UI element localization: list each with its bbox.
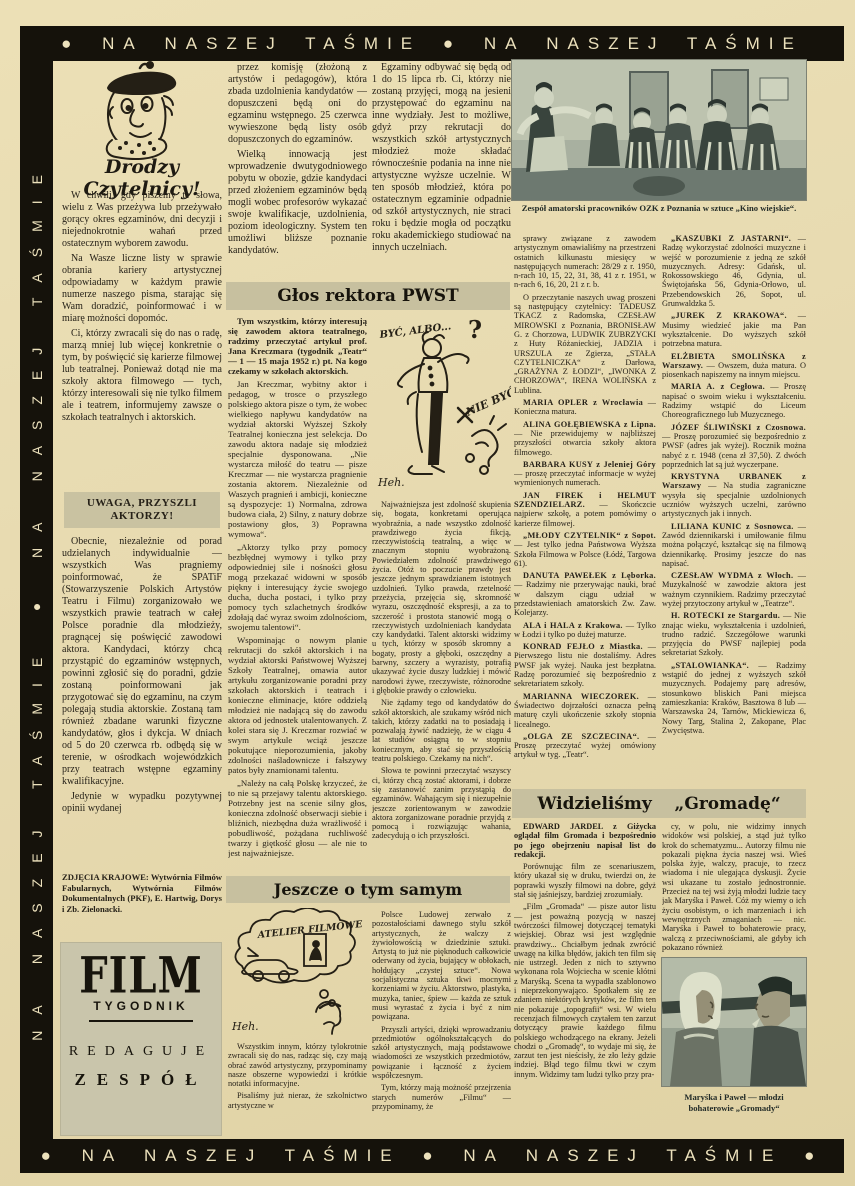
qa-item: „MŁODY CZYTELNIK“ z Sopot. — Jest tylko … [514, 531, 656, 568]
qa-name: ALA i HALA z Krakowa. [523, 621, 623, 630]
qa-item: H. ROTECKI ze Stargardu. — Nie znając wi… [662, 611, 806, 657]
paragraph: Wielką innowacją jest wprowadzenie dwuty… [228, 149, 367, 257]
photo-caption-ozk: Zespół amatorski pracowników OZK z Pozna… [512, 203, 806, 214]
paragraph: Ci, którzy zwracali się do nas o radę, m… [62, 328, 222, 424]
qa-item: LILIANA KUNIC z Sosnowca. — Zawód dzienn… [662, 522, 806, 568]
section-title-jeszcze-text: Jeszcze o tym samym [274, 880, 462, 899]
qa-item: CZESŁAW WYDMA z Włoch. — Muzykalność w z… [662, 571, 806, 608]
qa-item: „STALOWIANKA“. — Radzimy wstąpić do jedn… [662, 661, 806, 735]
gromada-film-photo [662, 958, 806, 1086]
qa-text: — Radzimy nie przerywając nauki, brać w … [514, 580, 656, 617]
paragraph: Obecnie, niezależnie od porad udzielanyc… [62, 536, 222, 788]
qa-item: ALA i HALA z Krakowa. — Tylko w Łodzi i … [514, 621, 656, 640]
atelier-label: ATELIER FILMOWE [256, 919, 364, 941]
qa-text: — Radzimy wstąpić do jednej z wyższych s… [662, 661, 806, 735]
qa-name: DANUTA PAWEŁEK z Lęborka. [523, 571, 656, 580]
qa-name: KONRAD FEJŁO z Miastka. [523, 642, 643, 651]
editorial-paragraphs: W chwili, gdy piszemy te słowa, wielu z … [62, 190, 222, 488]
qa-name: JÓZEF ŚLIWIŃSKI z Czosnowa. [671, 423, 806, 432]
qa-name: MARIANNA WIECZOREK. [523, 692, 639, 701]
gromada-column-4: EDWARD JARDEL z Giżycka oglądał film Gro… [514, 822, 656, 1136]
qa-item: ELŻBIETA SMOLIŃSKA z Warszawy. — Owszem,… [662, 352, 806, 380]
banner-bottom-text: ● NA NASZEJ TAŚMIE ● NA NASZEJ TAŚMIE ● [41, 1146, 824, 1166]
paragraph: przez komisję (złożoną z artystów i peda… [228, 62, 367, 146]
qa-text: — proszę przeczytać informacje w wyżej w… [514, 469, 656, 487]
widzielismy-left-text: Widzieliśmy [537, 794, 651, 814]
qa-name: LILIANA KUNIC z Sosnowca. [671, 522, 794, 531]
section-title-widzielismy: Widzieliśmy „Gromadę“ [512, 789, 806, 818]
gromada-column-5: cy, w polu, nie widzimy innych widoków w… [662, 822, 806, 954]
film-zespol-label: ZESPÓŁ [60, 1070, 222, 1090]
paragraph: Wspominając o nowym planie rekrutacji do… [228, 635, 367, 775]
hamlet-label-niebyc: NIE BYĆ!! [463, 380, 511, 419]
film-redaguje-label: REDAGUJE [60, 1044, 222, 1060]
qa-name: „MŁODY CZYTELNIK“ z Sopot. [523, 531, 656, 540]
paragraph: Przyszli artyści, dzięki wprowadzaniu pr… [372, 1025, 511, 1081]
paragraph: „Należy na całą Polskę krzyczeć, że to n… [228, 778, 367, 858]
paragraph: Na Wasze liczne listy w sprawie obrania … [62, 253, 222, 325]
film-logo-rule [89, 1020, 193, 1022]
paragraph: sprawy związane z zawodem artystycznym o… [514, 234, 656, 290]
qa-item: ALINA GOŁĘBIEWSKA z Lipna. — Nie przewid… [514, 420, 656, 457]
paragraph: Porównując film ze scenariuszem, który u… [514, 862, 656, 899]
qa-item: KRYSTYNA URBANEK z Warszawy — Na studia … [662, 472, 806, 518]
qa-name: CZESŁAW WYDMA z Włoch. [671, 571, 793, 580]
qa-name: BARBARA KUSY z Jeleniej Góry [523, 460, 656, 469]
paragraph: Egzaminy odbywać się będą od 1 do 15 lip… [372, 62, 511, 254]
qa-name: ALINA GOŁĘBIEWSKA z Lipna. [523, 420, 656, 429]
paragraph: Jan Kreczmar, wybitny aktor i pedagog, w… [228, 379, 367, 539]
theater-group-photo [512, 60, 806, 200]
hamlet-label-byc: BYĆ, ALBO... [378, 320, 452, 341]
qa-item: „OLGA ZE SZCZECINA“. — Proszę przeczytać… [514, 732, 656, 760]
qa-name: „OLGA ZE SZCZECINA“. [523, 732, 639, 741]
qa-name: „JUREK Z KRAKOWA“. [671, 311, 787, 320]
paragraph: EDWARD JARDEL z Giżycka oglądał film Gro… [514, 822, 656, 859]
qa-item: MARIA OPLER z Wrocławia — Konieczna matu… [514, 398, 656, 417]
paragraph: Pisaliśmy już nieraz, że szkolnictwo art… [228, 1091, 367, 1110]
column-3-bottom: Polsce Ludowej zerwało z pozostałościami… [372, 910, 511, 1136]
paragraph: „Aktorzy tylko przy pomocy bezbłędnej wy… [228, 542, 367, 632]
column-2-bottom: Wszystkim innym, którzy tylokrotnie zwra… [228, 1042, 367, 1136]
uwaga-subheading-text: UWAGA, PRZYSZLI AKTORZY! [64, 497, 220, 523]
paragraph: Nie żądamy tego od kandydatów do szkół a… [372, 698, 511, 763]
paragraph: Jedynie w wypadku pozytywnej opinii wyda… [62, 791, 222, 815]
banner-top: ● NA NASZEJ TAŚMIE ● NA NASZEJ TAŚMIE [20, 26, 844, 61]
qa-item: BARBARA KUSY z Jeleniej Góry — proszę pr… [514, 460, 656, 488]
paragraph: Tym, którzy mają możność przejrzenia sta… [372, 1083, 511, 1111]
qa-items-4: MARIA OPLER z Wrocławia — Konieczna matu… [514, 398, 656, 760]
banner-left: NA NASZEJ TAŚMIE ● NA NASZEJ TAŚMIE [20, 26, 53, 1173]
qa-column-5: „KASZUBKI Z JASTARNI“. — Radzę wykorzyst… [662, 234, 806, 786]
qa-item: „KASZUBKI Z JASTARNI“. — Radzę wykorzyst… [662, 234, 806, 308]
paragraph: „Film „Gromada“ — pisze autor listu — je… [514, 902, 656, 1079]
paragraph: Tym wszystkim, którzy interesują się zaw… [228, 316, 367, 376]
qa-item: MARIANNA WIECZOREK. — Świadectwo dojrzał… [514, 692, 656, 729]
qa-text: — Proszę porozumieć się bezpośrednio z P… [662, 432, 806, 469]
hamlet-question-mark: ? [468, 315, 482, 344]
qa-item: JAN FIREK i HELMUT SZENDZIELARZ. — Skońc… [514, 491, 656, 528]
banner-top-text: ● NA NASZEJ TAŚMIE ● NA NASZEJ TAŚMIE [61, 34, 803, 54]
section-title-jeszcze: Jeszcze o tym samym [226, 876, 510, 903]
uwaga-subheading: UWAGA, PRZYSZLI AKTORZY! [64, 492, 220, 528]
rektor-column-3: Najważniejsza jest zdolność skupienia si… [372, 500, 511, 868]
magazine-page: ● NA NASZEJ TAŚMIE ● NA NASZEJ TAŚMIE NA… [0, 0, 855, 1186]
banner-bottom: ● NA NASZEJ TAŚMIE ● NA NASZEJ TAŚMIE ● [20, 1139, 844, 1173]
editorial-paragraphs-2: Obecnie, niezależnie od porad udzielanyc… [62, 536, 222, 866]
qa-intro: sprawy związane z zawodem artystycznym o… [514, 234, 656, 395]
column-2-top: przez komisję (złożoną z artystów i peda… [228, 62, 367, 278]
cartoonist-signature: Heh. [377, 476, 405, 489]
qa-text: — Jest tylko jedna Państwowa Wyższa Szko… [514, 540, 656, 568]
paragraph: cy, w polu, nie widzimy innych widoków w… [662, 822, 806, 952]
qa-item: „JUREK Z KRAKOWA“. — Musimy wiedzieć jak… [662, 311, 806, 348]
qa-name: MARIA OPLER z Wrocławia [523, 398, 643, 407]
film-logo-box: FILM TYGODNIK REDAGUJE ZESPÓŁ [60, 942, 222, 1136]
qa-column-4: sprawy związane z zawodem artystycznym o… [514, 234, 656, 786]
photo-caption-gromada: Maryśka i Paweł — młodzi bohaterowie „Gr… [662, 1092, 806, 1113]
atelier-dream-cartoon: ATELIER FILMOWE Heh. [228, 908, 368, 1036]
column-3-top: Egzaminy odbywać się będą od 1 do 15 lip… [372, 62, 511, 278]
qa-item: KONRAD FEJŁO z Miastka. — Pierwszego lis… [514, 642, 656, 688]
banner-left-text: NA NASZEJ TAŚMIE ● NA NASZEJ TAŚMIE [29, 159, 45, 1041]
paragraph: Słowa te powinni przeczytać wszyscy ci, … [372, 766, 511, 840]
reader-face-cartoon [82, 60, 202, 160]
paragraph: Polsce Ludowej zerwało z pozostałościami… [372, 910, 511, 1022]
section-title-rektor: Głos rektora PWST [226, 282, 510, 310]
paragraph: O przeczytanie naszych uwag proszeni są … [514, 293, 656, 395]
widzielismy-right-text: „Gromadę“ [675, 794, 781, 814]
rektor-column-2: Tym wszystkim, którzy interesują się zaw… [228, 316, 367, 868]
qa-name: „KASZUBKI Z JASTARNI“. [671, 234, 791, 243]
qa-item: JÓZEF ŚLIWIŃSKI z Czosnowa. — Proszę por… [662, 423, 806, 469]
qa-item: DANUTA PAWEŁEK z Lęborka. — Radzimy nie … [514, 571, 656, 617]
paragraph: Najważniejsza jest zdolność skupienia si… [372, 500, 511, 695]
film-logo: FILM [60, 946, 222, 1005]
section-title-rektor-text: Głos rektora PWST [277, 286, 458, 306]
qa-items-5: „KASZUBKI Z JASTARNI“. — Radzę wykorzyst… [662, 234, 806, 735]
qa-text: — Nie przewidujemy w najbliższej przyszł… [514, 429, 656, 457]
qa-name: „STALOWIANKA“. [671, 661, 749, 670]
paragraph: Wszystkim innym, którzy tylokrotnie zwra… [228, 1042, 367, 1088]
qa-item: MARIA A. z Cegłowa. — Proszę napisać o s… [662, 382, 806, 419]
hamlet-cartoon: BYĆ, ALBO... ? NIE BYĆ!! Heh. [372, 312, 511, 494]
paragraph: W chwili, gdy piszemy te słowa, wielu z … [62, 190, 222, 250]
credits-note: ZDJĘCIA KRAJOWE: Wytwórnia Filmów Fabula… [62, 872, 222, 914]
qa-name: H. ROTECKI ze Stargardu. [671, 611, 780, 620]
cartoonist-signature-2: Heh. [231, 1020, 259, 1033]
qa-text: — Radzę wykorzystać zdolności muzyczne i… [662, 234, 806, 308]
qa-name: MARIA A. z Cegłowa. [671, 382, 765, 391]
